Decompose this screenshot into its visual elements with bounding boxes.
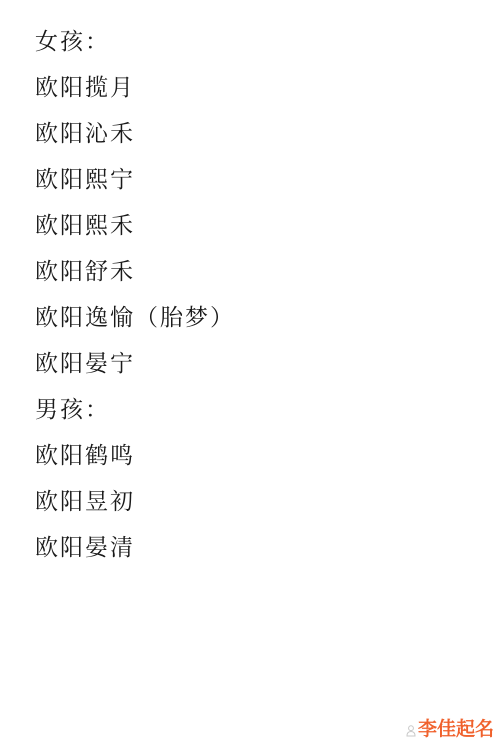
name-list-document: 女孩： 欧阳揽月 欧阳沁禾 欧阳熙宁 欧阳熙禾 欧阳舒禾 欧阳逸愉（胎梦） 欧阳… <box>35 26 235 578</box>
name-entry: 欧阳晏清 <box>35 532 235 578</box>
section-heading-girls: 女孩： <box>35 26 235 72</box>
user-outline-icon <box>406 722 416 734</box>
watermark-text: 李佳起名 <box>418 714 494 741</box>
name-entry: 欧阳熙宁 <box>35 164 235 210</box>
name-entry: 欧阳熙禾 <box>35 210 235 256</box>
name-entry: 欧阳鹤鸣 <box>35 440 235 486</box>
name-entry: 欧阳舒禾 <box>35 256 235 302</box>
watermark: 李佳起名 <box>406 714 494 741</box>
name-entry: 欧阳昱初 <box>35 486 235 532</box>
section-heading-boys: 男孩： <box>35 394 235 440</box>
name-entry: 欧阳逸愉（胎梦） <box>35 302 235 348</box>
name-entry: 欧阳揽月 <box>35 72 235 118</box>
name-entry: 欧阳晏宁 <box>35 348 235 394</box>
name-entry: 欧阳沁禾 <box>35 118 235 164</box>
